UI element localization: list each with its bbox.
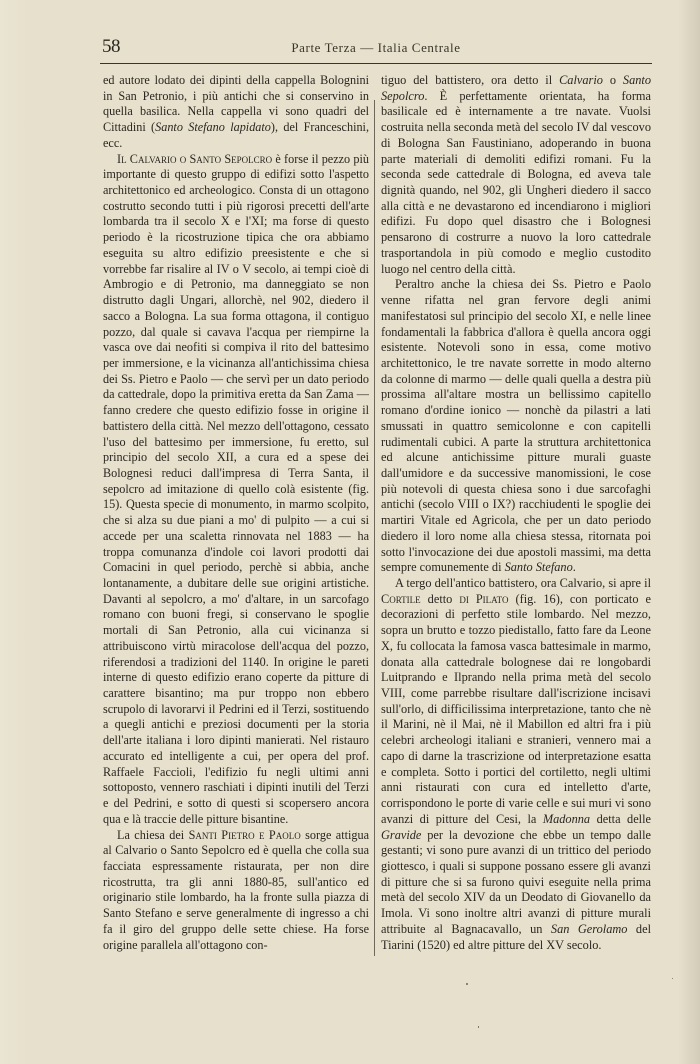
text-run: . È perfettamente orientata, ha forma ba… [381, 89, 651, 276]
text-run: . [573, 560, 576, 574]
text-run: tiguo del battistero, ora detto il [381, 73, 559, 87]
italic-term: Madonna [543, 812, 590, 826]
paragraph-santi-pietro-paolo: La chiesa dei Santi Pietro e Paolo sorge… [103, 828, 369, 954]
text-run: detto [421, 592, 460, 606]
section-heading-inline: Cortile [381, 592, 421, 606]
italic-term: Calvario [559, 73, 603, 87]
section-heading-inline: Il Calvario o Santo Sepolcro [117, 152, 272, 166]
right-column: tiguo del battistero, ora detto il Calva… [381, 73, 651, 953]
paper-speck [466, 983, 468, 985]
section-heading-inline: di Pilato [459, 592, 508, 606]
left-column: ed autore lodato dei dipinti della cappe… [103, 73, 369, 953]
text-run: A tergo dell'antico battistero, ora Calv… [395, 576, 651, 590]
text-run: è forse il pezzo più importante di quest… [103, 152, 369, 826]
text-run: o [603, 73, 623, 87]
paragraph-calvario: Il Calvario o Santo Sepolcro è forse il … [103, 152, 369, 828]
paper-speck [672, 978, 673, 979]
paragraph-cortile-pilato: A tergo dell'antico battistero, ora Calv… [381, 576, 651, 953]
page-gutter-shading [678, 0, 700, 1064]
paragraph: ed autore lodato dei dipinti della cappe… [103, 73, 369, 152]
paragraph: Peraltro anche la chiesa dei Ss. Pietro … [381, 277, 651, 576]
italic-term: Santo Stefano [505, 560, 573, 574]
paper-speck [478, 1026, 479, 1028]
text-run: per la devozione che ebbe un tempo dalle… [381, 828, 651, 936]
header-rule [100, 63, 652, 64]
italic-title: Santo Stefano lapidato [155, 120, 271, 134]
page-header: 58 Parte Terza — Italia Centrale [100, 36, 652, 58]
text-run: (fig. 16), con porticato e decorazioni d… [381, 592, 651, 826]
text-run: Peraltro anche la chiesa dei Ss. Pietro … [381, 277, 651, 574]
page-edge-shading [0, 0, 30, 1064]
italic-term: San Gerolamo [551, 922, 628, 936]
italic-term: Gravide [381, 828, 421, 842]
running-title: Parte Terza — Italia Centrale [100, 40, 652, 56]
text-run: detta delle [590, 812, 651, 826]
text-run: sorge attigua al Calvario o Santo Sepolc… [103, 828, 369, 952]
text-run: La chiesa dei [117, 828, 189, 842]
paragraph: tiguo del battistero, ora detto il Calva… [381, 73, 651, 277]
section-heading-inline: Santi Pietro e Paolo [189, 828, 301, 842]
column-divider [374, 100, 375, 956]
